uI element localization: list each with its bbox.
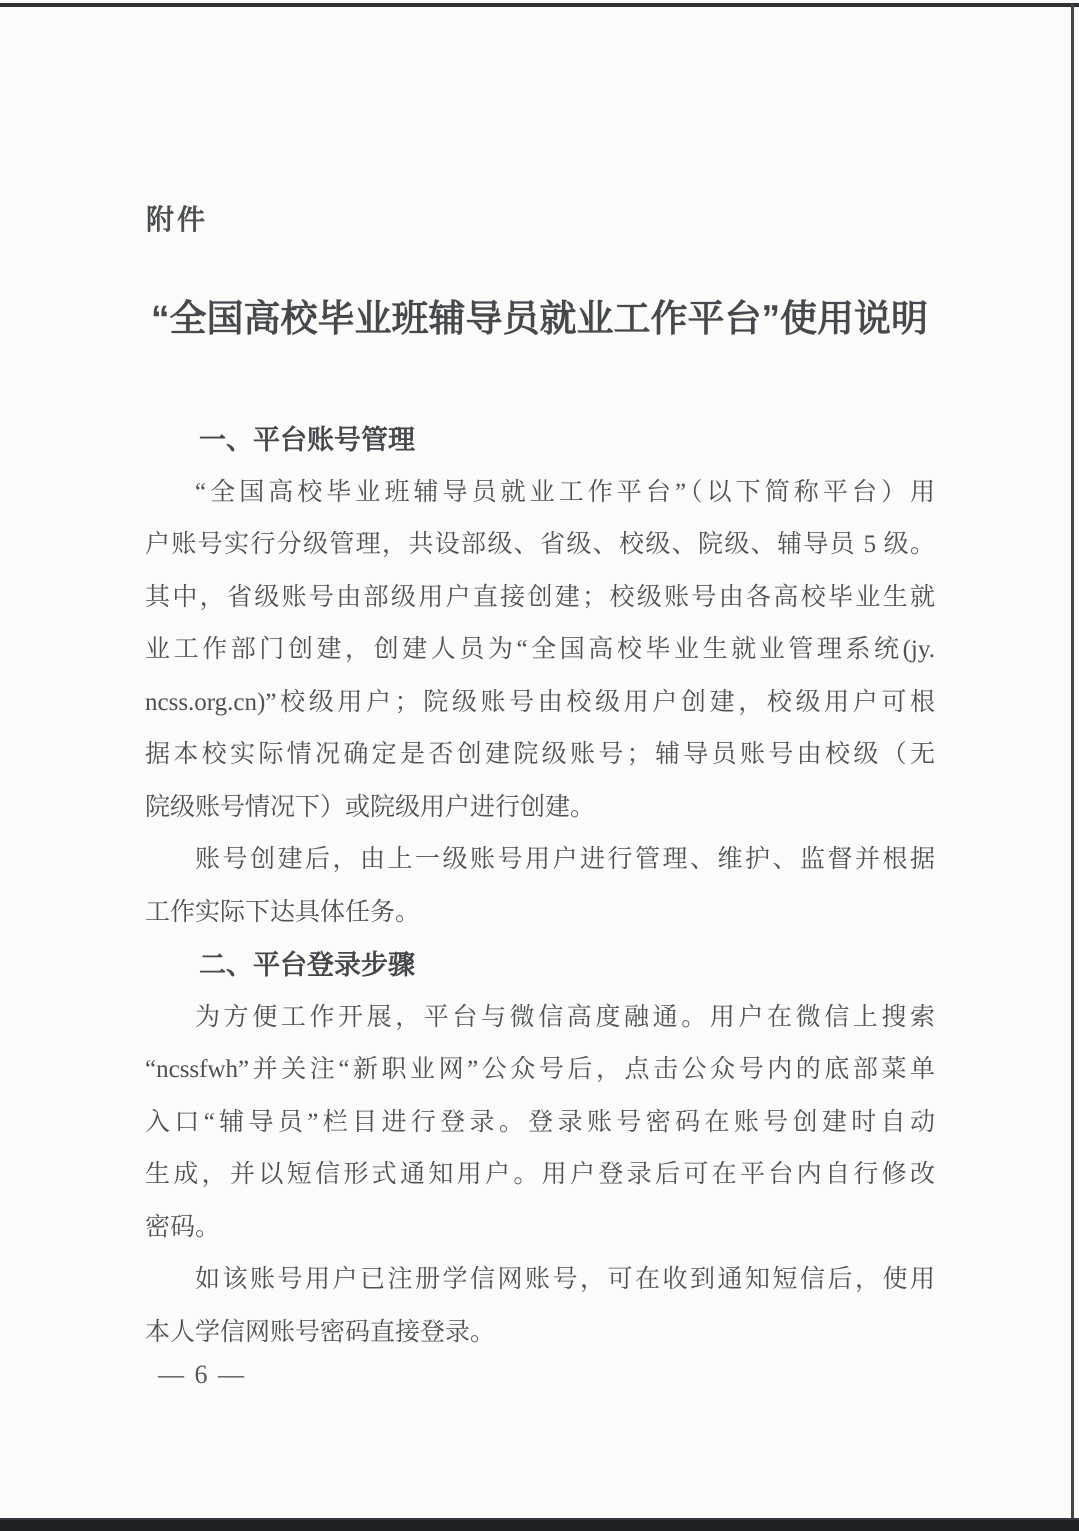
scan-top-edge [0,3,1079,7]
scan-bottom-edge [0,1518,1079,1531]
section-heading-2: 二、平台登录步骤 [145,939,935,992]
body-line: 户账号实行分级管理，共设部级、省级、校级、院级、辅导员 5 级。 [145,519,935,572]
body-line: “ncssfwh”并关注“新职业网”公众号后，点击公众号内的底部菜单 [145,1044,935,1097]
body-line: 其中，省级账号由部级用户直接创建；校级账号由各高校毕业生就 [145,572,935,625]
attachment-label: 附件 [146,198,208,238]
body-line: 据本校实际情况确定是否创建院级账号；辅导员账号由校级（无 [145,729,935,782]
body-line: 生成，并以短信形式通知用户。用户登录后可在平台内自行修改 [145,1149,935,1202]
body-line: 密码。 [145,1202,935,1255]
section-heading-1: 一、平台账号管理 [145,414,935,467]
body-line: 工作实际下达具体任务。 [145,887,935,940]
body-line: 入口“辅导员”栏目进行登录。登录账号密码在账号创建时自动 [145,1097,935,1150]
body-line: 账号创建后，由上一级账号用户进行管理、维护、监督并根据 [145,834,935,887]
scan-right-edge [1071,4,1074,1519]
document-title: “全国高校毕业班辅导员就业工作平台”使用说明 [0,288,1079,342]
body-line: 本人学信网账号密码直接登录。 [145,1307,935,1360]
body-line: 院级账号情况下）或院级用户进行创建。 [145,782,935,835]
body-line: 如该账号用户已注册学信网账号，可在收到通知短信后，使用 [145,1254,935,1307]
body-line: 为方便工作开展，平台与微信高度融通。用户在微信上搜索 [145,992,935,1045]
document-body: 一、平台账号管理 “全国高校毕业班辅导员就业工作平台”（以下简称平台）用 户账号… [145,414,935,1359]
page-number: — 6 — [158,1360,246,1390]
body-line: 业工作部门创建，创建人员为“全国高校毕业生就业管理系统(jy. [145,624,935,677]
body-line: “全国高校毕业班辅导员就业工作平台”（以下简称平台）用 [145,467,935,520]
scanned-document-page: 附件 “全国高校毕业班辅导员就业工作平台”使用说明 一、平台账号管理 “全国高校… [0,0,1079,1531]
body-line: ncss.org.cn)”校级用户；院级账号由校级用户创建，校级用户可根 [145,677,935,730]
